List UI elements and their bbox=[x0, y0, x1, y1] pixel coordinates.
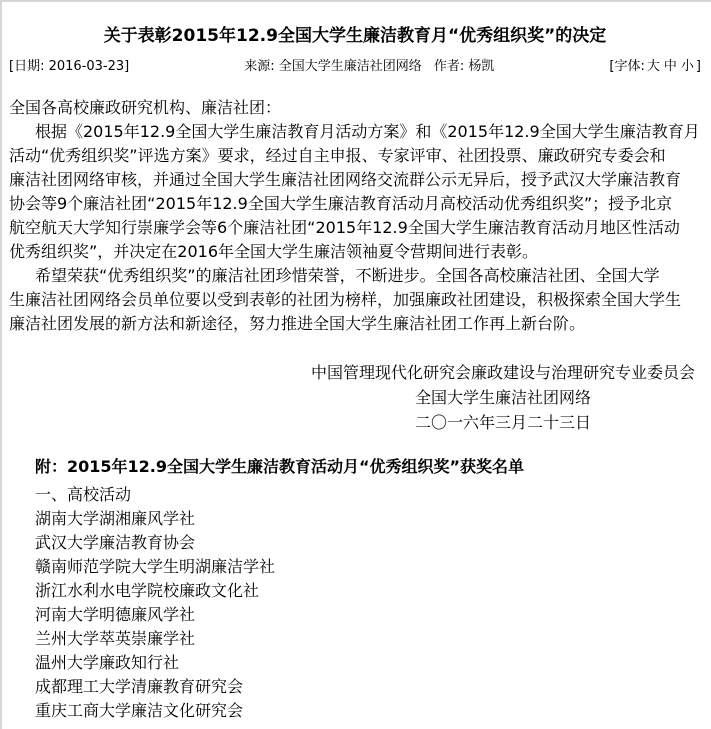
body-line: 根据《2015年12.9全国大学生廉洁教育月活动方案》和《2015年12.9全国… bbox=[9, 120, 701, 144]
font-size-options: 大中小 bbox=[645, 59, 696, 74]
signature-line: 全国大学生廉洁社团网络 bbox=[311, 385, 695, 410]
font-size-option[interactable]: 中 bbox=[664, 59, 677, 74]
font-widget-close-bracket: ] bbox=[696, 59, 701, 74]
signature-line: 二〇一六年三月二十三日 bbox=[311, 410, 695, 435]
article-body: 全国各高校廉政研究机构、廉洁社团： 根据《2015年12.9全国大学生廉洁教育月… bbox=[9, 96, 701, 723]
winner-item: 兰州大学萃英崇廉学社 bbox=[9, 627, 701, 651]
article-title: 关于表彰2015年12.9全国大学生廉洁教育月“优秀组织奖”的决定 bbox=[9, 25, 701, 47]
body-line: 优秀组织奖”，并决定在2016年全国大学生廉洁领袖夏令营期间进行表彰。 bbox=[9, 240, 701, 264]
appendix-section-title: 一、高校活动 bbox=[9, 483, 701, 507]
winner-item: 赣南师范学院大学生明湖廉洁学社 bbox=[9, 555, 701, 579]
font-size-widget: [字体:大中小] bbox=[609, 58, 701, 76]
winner-item: 河南大学明德廉风学社 bbox=[9, 603, 701, 627]
winner-item: 成都理工大学清廉教育研究会 bbox=[9, 675, 701, 699]
paragraph-1: 根据《2015年12.9全国大学生廉洁教育月活动方案》和《2015年12.9全国… bbox=[9, 120, 701, 264]
source-label: 来源: 全国大学生廉洁社团网络 bbox=[244, 59, 422, 74]
winner-item: 武汉大学廉洁教育协会 bbox=[9, 531, 701, 555]
winners-list: 湖南大学湖湘廉风学社武汉大学廉洁教育协会赣南师范学院大学生明湖廉洁学社浙江水利水… bbox=[9, 507, 701, 723]
signature-block: 中国管理现代化研究会廉政建设与治理研究专业委员会全国大学生廉洁社团网络二〇一六年… bbox=[311, 360, 695, 435]
body-line: 生廉洁社团网络会员单位要以受到表彰的社团为榜样，加强廉政社团建设，积极探索全国大… bbox=[9, 288, 701, 312]
winner-item: 浙江水利水电学院校廉政文化社 bbox=[9, 579, 701, 603]
body-line: 廉洁社团网络审核，并通过全国大学生廉洁社团网络交流群公示无异后，授予武汉大学廉洁… bbox=[9, 168, 701, 192]
author-label: 作者: 杨凯 bbox=[434, 59, 495, 74]
signature-line: 中国管理现代化研究会廉政建设与治理研究专业委员会 bbox=[311, 360, 695, 385]
body-line: 航空航天大学知行崇廉学会等6个廉洁社团“2015年12.9全国大学生廉洁教育活动… bbox=[9, 216, 701, 240]
appendix-heading: 附：2015年12.9全国大学生廉洁教育活动月“优秀组织奖”获奖名单 bbox=[9, 455, 701, 479]
font-widget-open-bracket: [字体: bbox=[609, 59, 644, 74]
winner-item: 重庆工商大学廉洁文化研究会 bbox=[9, 699, 701, 723]
paragraph-2: 希望荣获“优秀组织奖”的廉洁社团珍惜荣誉，不断进步。全国各高校廉洁社团、全国大学… bbox=[9, 264, 701, 336]
article-page: 关于表彰2015年12.9全国大学生廉洁教育月“优秀组织奖”的决定 [日期: 2… bbox=[0, 0, 711, 729]
body-line: 廉洁社团发展的新方法和新途径，努力推进全国大学生廉洁社团工作再上新台阶。 bbox=[9, 312, 701, 336]
date-label: [日期: 2016-03-23] bbox=[9, 58, 129, 76]
winner-item: 温州大学廉政知行社 bbox=[9, 651, 701, 675]
winner-item: 湖南大学湖湘廉风学社 bbox=[9, 507, 701, 531]
font-size-option[interactable]: 大 bbox=[647, 59, 660, 74]
meta-bar: [日期: 2016-03-23] 来源: 全国大学生廉洁社团网络作者: 杨凯 [… bbox=[9, 58, 701, 76]
body-line: 活动“优秀组织奖”评选方案》要求，经过自主申报、专家评审、社团投票、廉政研究专委… bbox=[9, 144, 701, 168]
source-author-group: 来源: 全国大学生廉洁社团网络作者: 杨凯 bbox=[129, 58, 609, 76]
font-size-option[interactable]: 小 bbox=[681, 59, 694, 74]
salutation: 全国各高校廉政研究机构、廉洁社团： bbox=[9, 96, 701, 120]
body-line: 协会等9个廉洁社团“2015年12.9全国大学生廉洁教育活动月高校活动优秀组织奖… bbox=[9, 192, 701, 216]
body-line: 希望荣获“优秀组织奖”的廉洁社团珍惜荣誉，不断进步。全国各高校廉洁社团、全国大学 bbox=[9, 264, 701, 288]
